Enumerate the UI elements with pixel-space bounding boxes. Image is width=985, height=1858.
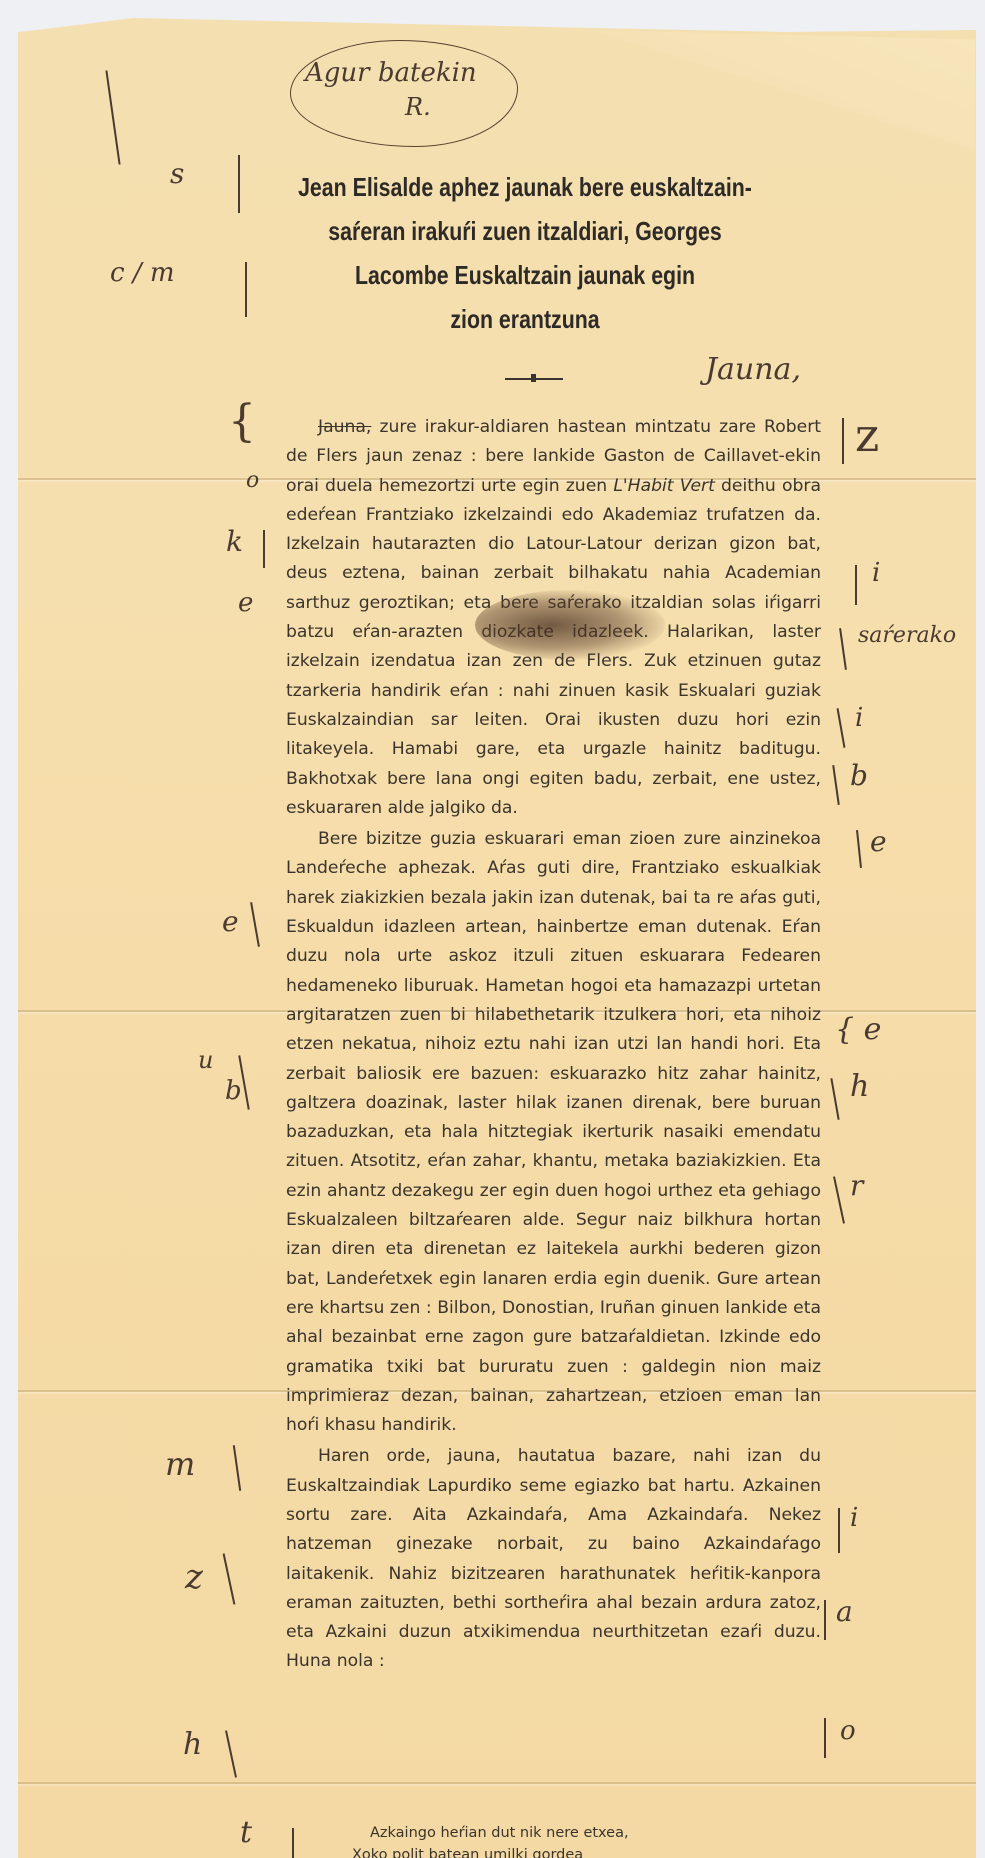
margin-mark-left: k bbox=[226, 528, 243, 556]
margin-mark-right: a bbox=[836, 1598, 853, 1626]
handwritten-salutation: Jauna, bbox=[705, 355, 801, 385]
handwritten-note: Agur batekin bbox=[305, 60, 477, 86]
margin-bar bbox=[238, 155, 240, 213]
verse: Azkaingo heŕian dut nik nere etxea, Xoko… bbox=[370, 1822, 770, 1858]
margin-mark-right: { e bbox=[835, 1015, 881, 1045]
handwritten-initial: R. bbox=[405, 95, 431, 119]
margin-bar bbox=[855, 565, 857, 605]
margin-mark-right: o bbox=[840, 1718, 856, 1744]
paragraph: Haren orde, jauna, hautatua bazare, nahi… bbox=[286, 1442, 821, 1676]
margin-mark-right: b bbox=[850, 762, 868, 790]
margin-bar bbox=[842, 418, 844, 464]
margin-mark-right: h bbox=[850, 1072, 869, 1102]
title-line: zion erantzuna bbox=[291, 297, 758, 341]
paragraph: Bere bizitze guzia eskuarari eman zioen … bbox=[286, 825, 821, 1440]
margin-mark-left: u bbox=[198, 1048, 213, 1072]
margin-bar bbox=[824, 1600, 826, 1640]
margin-mark-right: r bbox=[850, 1172, 863, 1200]
margin-mark-left: m bbox=[165, 1448, 195, 1480]
margin-bar bbox=[263, 530, 265, 568]
title-line: saŕeran irakuŕi zuen itzaldiari, Georges bbox=[291, 209, 758, 253]
section-divider-dot bbox=[531, 374, 536, 382]
ink-stain bbox=[475, 590, 665, 660]
margin-bar bbox=[838, 1508, 840, 1553]
margin-mark-left: z bbox=[185, 1560, 203, 1594]
margin-mark-right: i bbox=[872, 560, 880, 586]
margin-mark-right: saŕerako bbox=[858, 625, 956, 647]
margin-mark-right: z bbox=[855, 412, 879, 458]
margin-mark-right: i bbox=[850, 1505, 858, 1531]
title-line: Jean Elisalde aphez jaunak bere euskaltz… bbox=[291, 165, 758, 209]
margin-bar bbox=[245, 262, 247, 317]
margin-mark-left: t bbox=[240, 1818, 252, 1848]
margin-mark-left: b bbox=[225, 1078, 242, 1104]
margin-mark-left: e bbox=[238, 590, 253, 616]
margin-mark-left: { bbox=[228, 400, 256, 444]
title-line: Lacombe Euskaltzain jaunak egin bbox=[291, 253, 758, 297]
margin-mark-left: h bbox=[183, 1730, 202, 1760]
struck-word: Jauna, bbox=[318, 417, 371, 437]
verse-line: Azkaingo heŕian dut nik nere etxea, bbox=[370, 1822, 770, 1844]
margin-mark-right: i bbox=[855, 705, 863, 731]
margin-bar bbox=[824, 1718, 826, 1758]
margin-mark-left: e bbox=[222, 908, 239, 936]
margin-mark-left: c / m bbox=[110, 260, 175, 286]
margin-bar bbox=[292, 1828, 294, 1858]
margin-mark-right: e bbox=[870, 828, 887, 856]
margin-mark-left: o bbox=[246, 470, 259, 492]
verse-line: Xoko polit batean umilki gordea bbox=[352, 1844, 770, 1858]
article-title: Jean Elisalde aphez jaunak bere euskaltz… bbox=[291, 165, 758, 341]
paper-fold bbox=[18, 1782, 976, 1784]
margin-mark-left: s bbox=[170, 160, 184, 188]
italic-title: L'Habit Vert bbox=[613, 476, 714, 496]
